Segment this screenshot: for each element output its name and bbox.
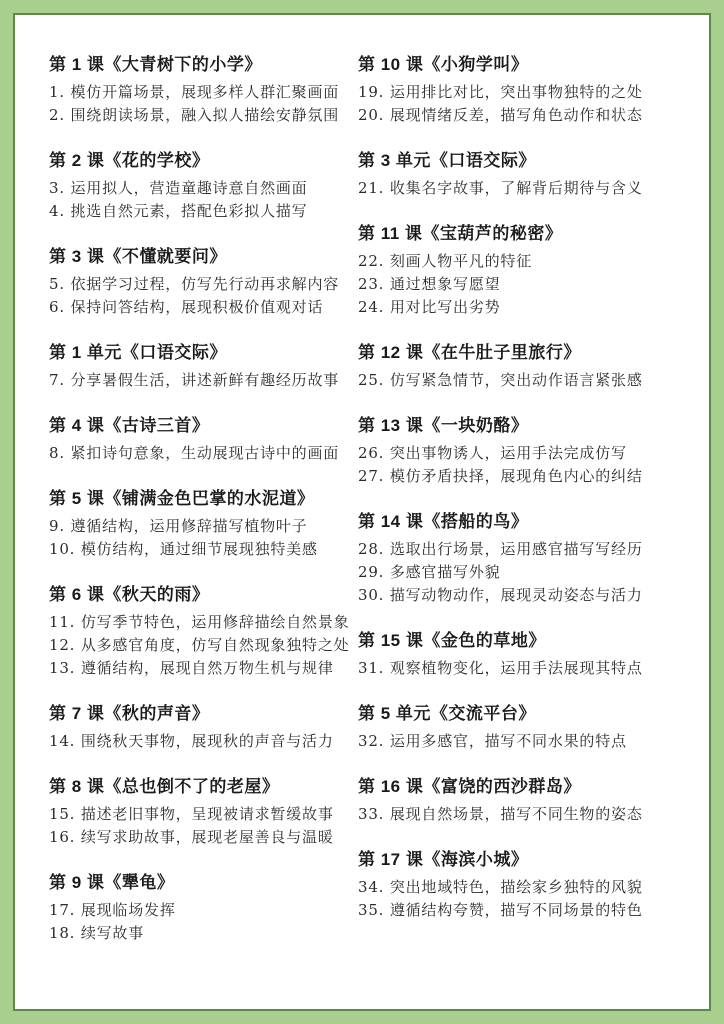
lesson-point: 8. 紧扣诗句意象，生动展现古诗中的画面 bbox=[49, 442, 358, 465]
lesson-section: 第 5 单元《交流平台》32. 运用多感官，描写不同水果的特点 bbox=[358, 702, 674, 753]
lesson-section: 第 5 课《铺满金色巴掌的水泥道》9. 遵循结构，运用修辞描写植物叶子10. 模… bbox=[49, 487, 358, 561]
page-border-frame: 第 1 课《大青树下的小学》1. 模仿开篇场景，展现多样人群汇聚画面2. 围绕朗… bbox=[13, 13, 711, 1011]
lesson-point: 30. 描写动物动作，展现灵动姿态与活力 bbox=[358, 584, 674, 607]
lesson-title: 第 1 课《大青树下的小学》 bbox=[49, 53, 358, 77]
lesson-title: 第 1 单元《口语交际》 bbox=[49, 341, 358, 365]
lesson-section: 第 2 课《花的学校》3. 运用拟人，营造童趣诗意自然画面4. 挑选自然元素，搭… bbox=[49, 149, 358, 223]
lesson-section: 第 3 单元《口语交际》21. 收集名字故事，了解背后期待与含义 bbox=[358, 149, 674, 200]
lesson-title: 第 3 课《不懂就要问》 bbox=[49, 245, 358, 269]
lesson-section: 第 17 课《海滨小城》34. 突出地域特色，描绘家乡独特的风貌35. 遵循结构… bbox=[358, 848, 674, 922]
lesson-point: 28. 选取出行场景，运用感官描写写经历 bbox=[358, 538, 674, 561]
lesson-point: 7. 分享暑假生活，讲述新鲜有趣经历故事 bbox=[49, 369, 358, 392]
lesson-point: 1. 模仿开篇场景，展现多样人群汇聚画面 bbox=[49, 81, 358, 104]
page-content: 第 1 课《大青树下的小学》1. 模仿开篇场景，展现多样人群汇聚画面2. 围绕朗… bbox=[15, 15, 709, 1009]
lesson-section: 第 3 课《不懂就要问》5. 依据学习过程，仿写先行动再求解内容6. 保持问答结… bbox=[49, 245, 358, 319]
lesson-point: 6. 保持问答结构，展现积极价值观对话 bbox=[49, 296, 358, 319]
lesson-title: 第 3 单元《口语交际》 bbox=[358, 149, 674, 173]
lesson-point: 15. 描述老旧事物，呈现被请求暂缓故事 bbox=[49, 803, 358, 826]
lesson-point: 22. 刻画人物平凡的特征 bbox=[358, 250, 674, 273]
lesson-title: 第 5 单元《交流平台》 bbox=[358, 702, 674, 726]
lesson-title: 第 4 课《古诗三首》 bbox=[49, 414, 358, 438]
lesson-point: 33. 展现自然场景，描写不同生物的姿态 bbox=[358, 803, 674, 826]
lesson-point: 19. 运用排比对比，突出事物独特的之处 bbox=[358, 81, 674, 104]
lesson-point: 23. 通过想象写愿望 bbox=[358, 273, 674, 296]
lesson-point: 11. 仿写季节特色，运用修辞描绘自然景象 bbox=[49, 611, 358, 634]
lesson-section: 第 9 课《犟龟》17. 展现临场发挥18. 续写故事 bbox=[49, 871, 358, 945]
lesson-point: 21. 收集名字故事，了解背后期待与含义 bbox=[358, 177, 674, 200]
lesson-point: 9. 遵循结构，运用修辞描写植物叶子 bbox=[49, 515, 358, 538]
lesson-section: 第 14 课《搭船的鸟》28. 选取出行场景，运用感官描写写经历29. 多感官描… bbox=[358, 510, 674, 607]
lesson-title: 第 17 课《海滨小城》 bbox=[358, 848, 674, 872]
lesson-section: 第 1 课《大青树下的小学》1. 模仿开篇场景，展现多样人群汇聚画面2. 围绕朗… bbox=[49, 53, 358, 127]
lesson-point: 32. 运用多感官，描写不同水果的特点 bbox=[358, 730, 674, 753]
lesson-section: 第 16 课《富饶的西沙群岛》33. 展现自然场景，描写不同生物的姿态 bbox=[358, 775, 674, 826]
lesson-point: 13. 遵循结构，展现自然万物生机与规律 bbox=[49, 657, 358, 680]
lesson-section: 第 6 课《秋天的雨》11. 仿写季节特色，运用修辞描绘自然景象12. 从多感官… bbox=[49, 583, 358, 680]
left-column: 第 1 课《大青树下的小学》1. 模仿开篇场景，展现多样人群汇聚画面2. 围绕朗… bbox=[49, 53, 358, 1009]
lesson-title: 第 14 课《搭船的鸟》 bbox=[358, 510, 674, 534]
lesson-point: 24. 用对比写出劣势 bbox=[358, 296, 674, 319]
lesson-title: 第 15 课《金色的草地》 bbox=[358, 629, 674, 653]
lesson-title: 第 5 课《铺满金色巴掌的水泥道》 bbox=[49, 487, 358, 511]
lesson-point: 31. 观察植物变化，运用手法展现其特点 bbox=[358, 657, 674, 680]
lesson-point: 34. 突出地域特色，描绘家乡独特的风貌 bbox=[358, 876, 674, 899]
lesson-section: 第 8 课《总也倒不了的老屋》15. 描述老旧事物，呈现被请求暂缓故事16. 续… bbox=[49, 775, 358, 849]
lesson-point: 18. 续写故事 bbox=[49, 922, 358, 945]
lesson-section: 第 15 课《金色的草地》31. 观察植物变化，运用手法展现其特点 bbox=[358, 629, 674, 680]
lesson-point: 29. 多感官描写外貌 bbox=[358, 561, 674, 584]
lesson-point: 2. 围绕朗读场景，融入拟人描绘安静氛围 bbox=[49, 104, 358, 127]
lesson-title: 第 9 课《犟龟》 bbox=[49, 871, 358, 895]
lesson-title: 第 2 课《花的学校》 bbox=[49, 149, 358, 173]
lesson-point: 16. 续写求助故事，展现老屋善良与温暖 bbox=[49, 826, 358, 849]
lesson-point: 17. 展现临场发挥 bbox=[49, 899, 358, 922]
lesson-point: 35. 遵循结构夸赞，描写不同场景的特色 bbox=[358, 899, 674, 922]
right-column: 第 10 课《小狗学叫》19. 运用排比对比，突出事物独特的之处20. 展现情绪… bbox=[358, 53, 674, 1009]
lesson-section: 第 10 课《小狗学叫》19. 运用排比对比，突出事物独特的之处20. 展现情绪… bbox=[358, 53, 674, 127]
lesson-title: 第 13 课《一块奶酪》 bbox=[358, 414, 674, 438]
lesson-section: 第 13 课《一块奶酪》26. 突出事物诱人，运用手法完成仿写27. 模仿矛盾抉… bbox=[358, 414, 674, 488]
lesson-point: 4. 挑选自然元素，搭配色彩拟人描写 bbox=[49, 200, 358, 223]
lesson-point: 27. 模仿矛盾抉择，展现角色内心的纠结 bbox=[358, 465, 674, 488]
lesson-point: 14. 围绕秋天事物，展现秋的声音与活力 bbox=[49, 730, 358, 753]
lesson-point: 12. 从多感官角度，仿写自然现象独特之处 bbox=[49, 634, 358, 657]
document-page: 第 1 课《大青树下的小学》1. 模仿开篇场景，展现多样人群汇聚画面2. 围绕朗… bbox=[0, 0, 724, 1024]
lesson-section: 第 11 课《宝葫芦的秘密》22. 刻画人物平凡的特征23. 通过想象写愿望24… bbox=[358, 222, 674, 319]
lesson-section: 第 7 课《秋的声音》14. 围绕秋天事物，展现秋的声音与活力 bbox=[49, 702, 358, 753]
lesson-section: 第 12 课《在牛肚子里旅行》25. 仿写紧急情节，突出动作语言紧张感 bbox=[358, 341, 674, 392]
lesson-title: 第 12 课《在牛肚子里旅行》 bbox=[358, 341, 674, 365]
lesson-point: 5. 依据学习过程，仿写先行动再求解内容 bbox=[49, 273, 358, 296]
lesson-title: 第 11 课《宝葫芦的秘密》 bbox=[358, 222, 674, 246]
lesson-point: 26. 突出事物诱人，运用手法完成仿写 bbox=[358, 442, 674, 465]
lesson-point: 3. 运用拟人，营造童趣诗意自然画面 bbox=[49, 177, 358, 200]
lesson-section: 第 4 课《古诗三首》8. 紧扣诗句意象，生动展现古诗中的画面 bbox=[49, 414, 358, 465]
lesson-title: 第 16 课《富饶的西沙群岛》 bbox=[358, 775, 674, 799]
lesson-section: 第 1 单元《口语交际》7. 分享暑假生活，讲述新鲜有趣经历故事 bbox=[49, 341, 358, 392]
lesson-title: 第 8 课《总也倒不了的老屋》 bbox=[49, 775, 358, 799]
lesson-title: 第 10 课《小狗学叫》 bbox=[358, 53, 674, 77]
lesson-title: 第 7 课《秋的声音》 bbox=[49, 702, 358, 726]
lesson-point: 10. 模仿结构，通过细节展现独特美感 bbox=[49, 538, 358, 561]
lesson-point: 25. 仿写紧急情节，突出动作语言紧张感 bbox=[358, 369, 674, 392]
lesson-point: 20. 展现情绪反差，描写角色动作和状态 bbox=[358, 104, 674, 127]
lesson-title: 第 6 课《秋天的雨》 bbox=[49, 583, 358, 607]
